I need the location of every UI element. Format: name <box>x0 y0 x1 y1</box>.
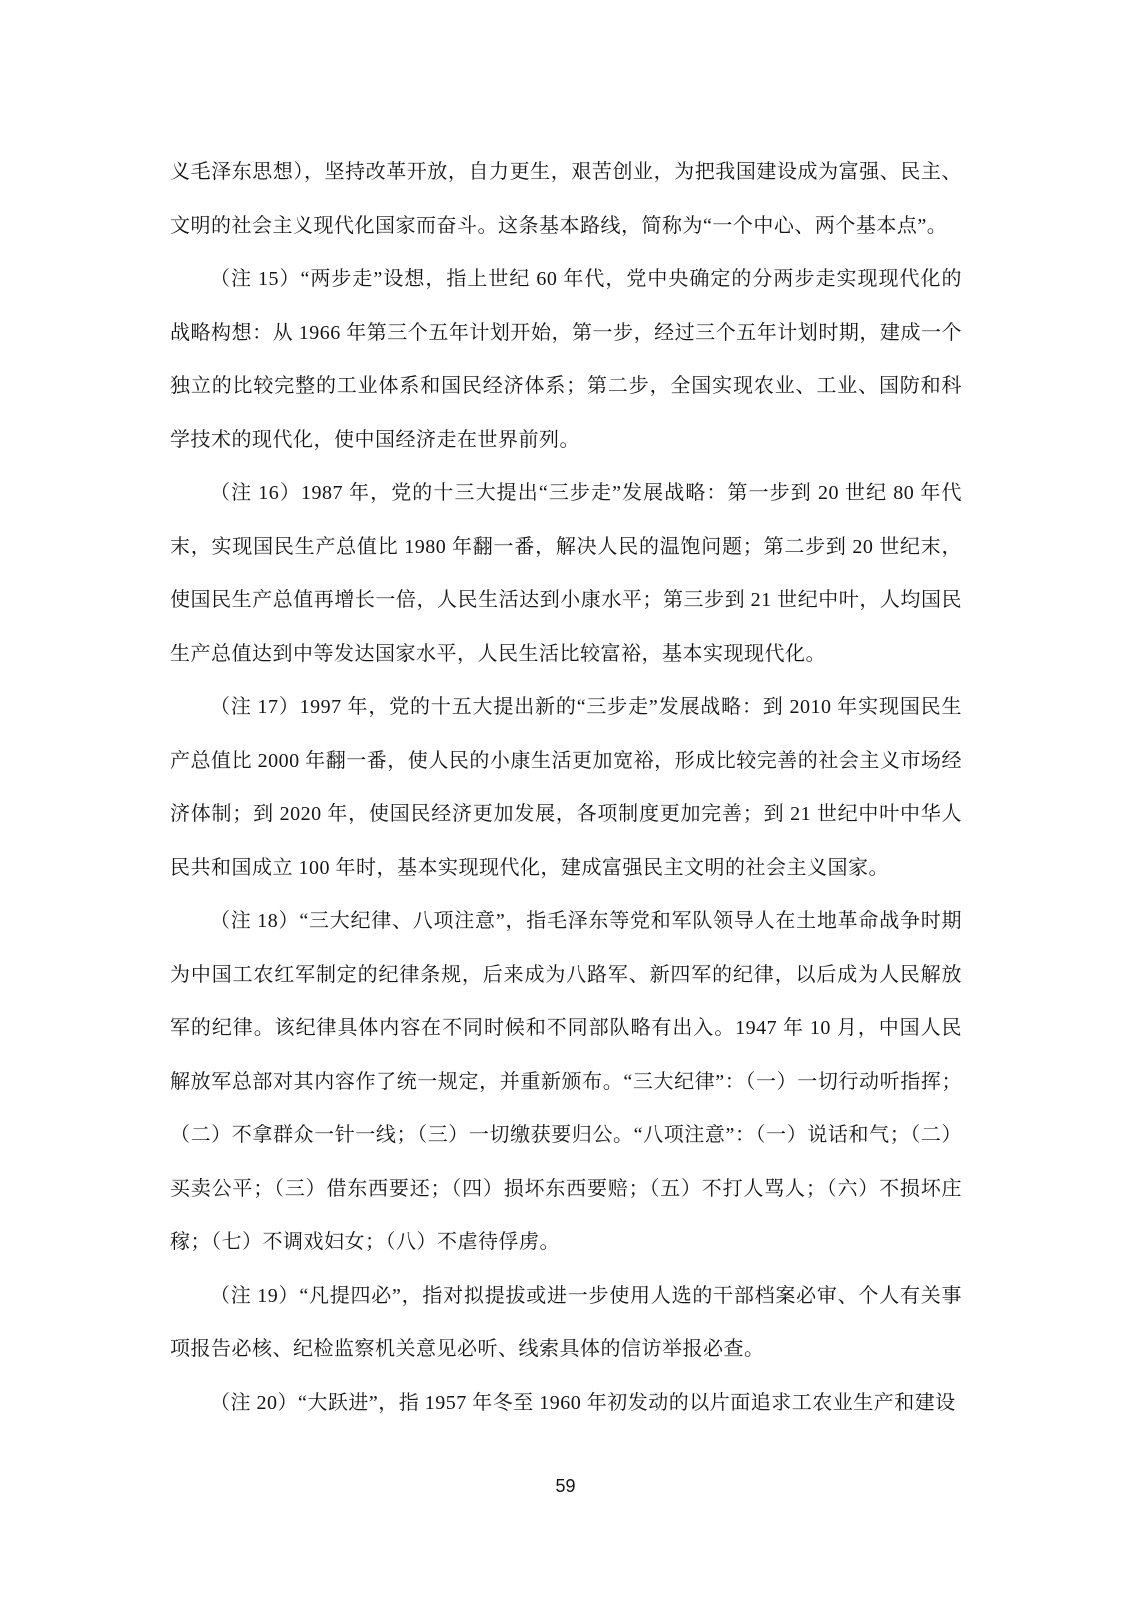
paragraph-note-17: （注 17）1997 年，党的十五大提出新的“三步走”发展战略：到 2010 年… <box>170 681 962 895</box>
document-body: 义毛泽东思想），坚持改革开放，自力更生，艰苦创业，为把我国建设成为富强、民主、文… <box>170 146 962 1430</box>
paragraph-continuation: 义毛泽东思想），坚持改革开放，自力更生，艰苦创业，为把我国建设成为富强、民主、文… <box>170 146 962 253</box>
paragraph-note-18: （注 18）“三大纪律、八项注意”，指毛泽东等党和军队领导人在土地革命战争时期为… <box>170 895 962 1270</box>
paragraph-note-19: （注 19）“凡提四必”，指对拟提拔或进一步使用人选的干部档案必审、个人有关事项… <box>170 1270 962 1377</box>
document-page: 义毛泽东思想），坚持改革开放，自力更生，艰苦创业，为把我国建设成为富强、民主、文… <box>0 0 1131 1600</box>
page-footer: 59 <box>0 1476 1131 1497</box>
paragraph-note-20: （注 20）“大跃进”，指 1957 年冬至 1960 年初发动的以片面追求工农… <box>170 1377 962 1431</box>
paragraph-note-16: （注 16）1987 年，党的十三大提出“三步走”发展战略：第一步到 20 世纪… <box>170 467 962 681</box>
page-number: 59 <box>555 1476 575 1496</box>
paragraph-note-15: （注 15）“两步走”设想，指上世纪 60 年代，党中央确定的分两步走实现现代化… <box>170 253 962 467</box>
